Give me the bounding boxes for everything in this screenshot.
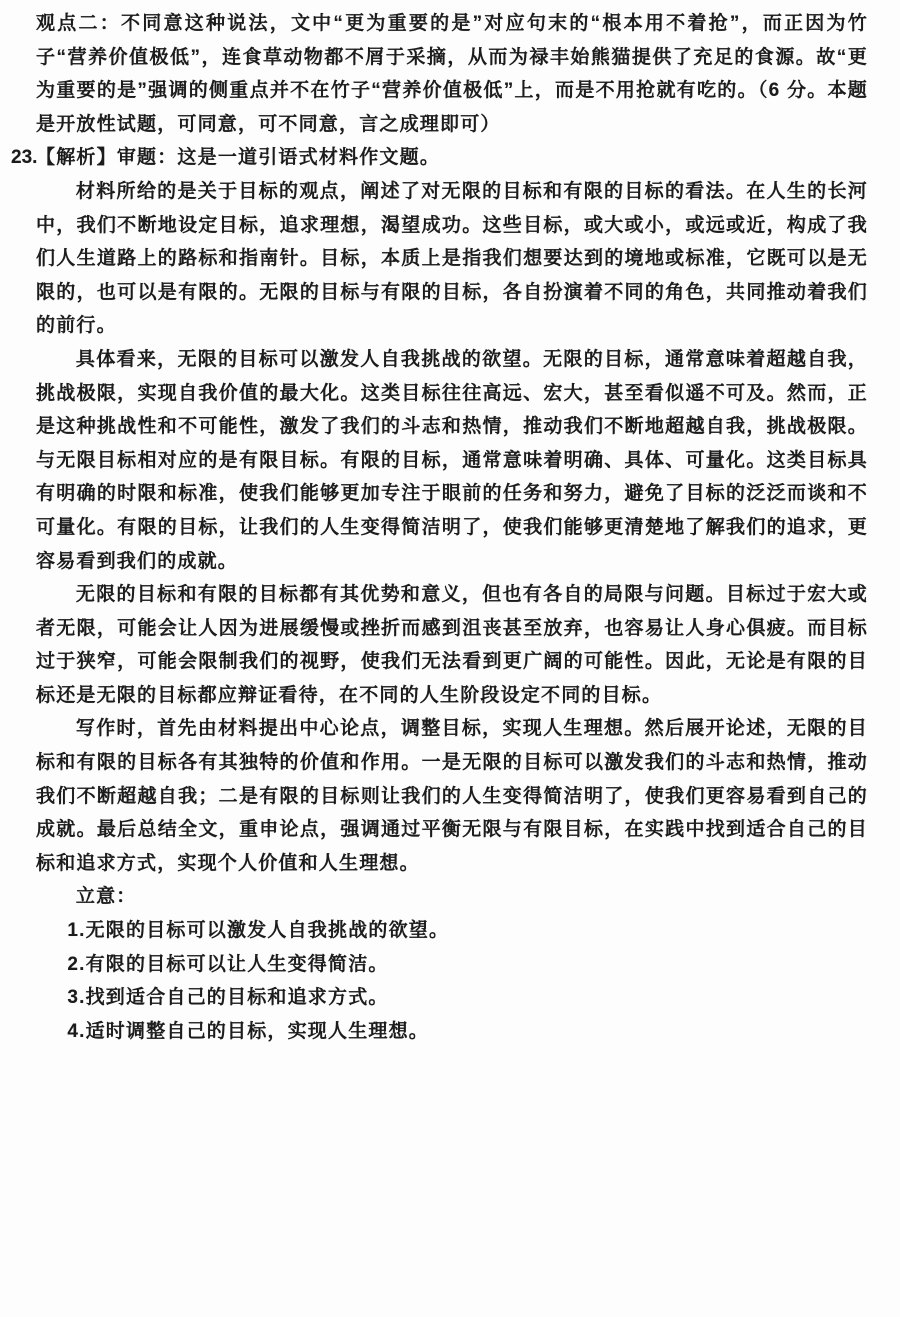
analysis-paragraph-1: 材料所给的是关于目标的观点，阐述了对无限的目标和有限的目标的看法。在人生的长河中… <box>36 175 868 343</box>
liyi-item-1: 1.无限的目标可以激发人自我挑战的欲望。 <box>36 914 868 948</box>
item-23-number: 23. <box>11 141 37 175</box>
liyi-item-2: 2.有限的目标可以让人生变得简洁。 <box>36 948 868 982</box>
item-23-heading: 23.【解析】审题：这是一道引语式材料作文题。 <box>36 141 868 175</box>
liyi-item-4: 4.适时调整自己的目标，实现人生理想。 <box>36 1015 868 1049</box>
document-page: 观点二：不同意这种说法，文中“更为重要的是”对应句末的“根本用不着抢”，而正因为… <box>0 0 900 1317</box>
liyi-item-3: 3.找到适合自己的目标和追求方式。 <box>36 981 868 1015</box>
text-column: 观点二：不同意这种说法，文中“更为重要的是”对应句末的“根本用不着抢”，而正因为… <box>36 7 868 1048</box>
liyi-heading: 立意： <box>36 880 868 914</box>
analysis-tag: 【解析】 <box>36 147 117 168</box>
analysis-intro: 审题：这是一道引语式材料作文题。 <box>117 147 440 168</box>
analysis-paragraph-3: 无限的目标和有限的目标都有其优势和意义，但也有各自的局限与问题。目标过于宏大或者… <box>36 578 868 712</box>
analysis-paragraph-4: 写作时，首先由材料提出中心论点，调整目标，实现人生理想。然后展开论述，无限的目标… <box>36 712 868 880</box>
paragraph-viewpoint2: 观点二：不同意这种说法，文中“更为重要的是”对应句末的“根本用不着抢”，而正因为… <box>36 7 868 141</box>
analysis-paragraph-2: 具体看来，无限的目标可以激发人自我挑战的欲望。无限的目标，通常意味着超越自我，挑… <box>36 343 868 578</box>
